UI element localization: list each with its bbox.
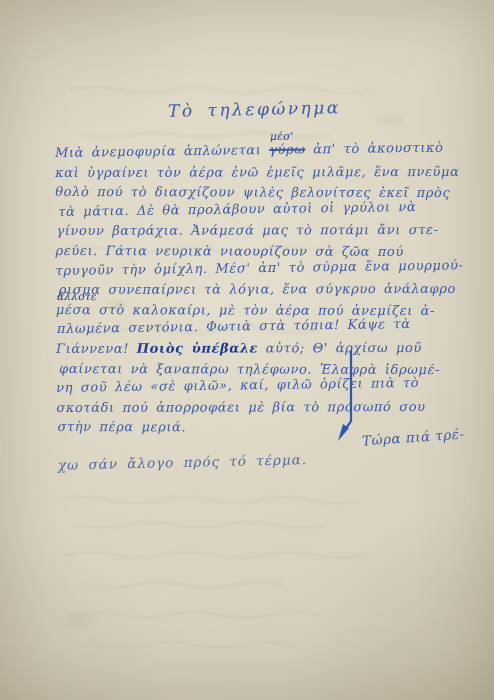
manuscript-text: Μιὰ ἀνεμοφυρία ἁπλώνεται [55,143,269,161]
manuscript-line: Γιάννενα! Ποιὸς ὑπέβαλε αὐτό; Θ' ἀρχίσω … [56,341,464,362]
manuscript-text: μέσα στὸ καλοκαίρι, μὲ τὸν ἀέρα πού ἀνεμ… [56,303,413,319]
manuscript-text: Ποιὸς ὑπέβαλε [137,341,258,356]
manuscript-text: καὶ ὑγραίνει τὸν ἀέρα ἐνῶ ἐμεῖς μιλᾶμε, … [55,165,459,181]
inserted-word: μέσ' [270,131,294,143]
corrected-word: μέσα στὸ καλοκαίρι, μὲ τὸν ἀέρα πού ἀνεμ… [56,303,413,319]
manuscript-text: θολὸ πού τὸ διασχίζουν ψιλὲς βελονίτσες … [55,185,450,201]
manuscript-text: στὴν πέρα μεριά. [57,420,186,435]
manuscript-text: γίνουν βατράχια. Ἀνάμεσά μας τὸ ποτάμι ἄ… [56,223,438,239]
manuscript-page: Τὸ τηλεφώνημα Μιὰ ἀνεμοφυρία ἁπλώνεται γ… [0,0,494,700]
manuscript-text: γύρω [269,143,306,159]
manuscript-line: ρισμα συνεπαίρνει τὰ λόγια, ἕνα σύγκρυο … [56,282,464,303]
manuscript-text: ρισμα συνεπαίρνει τὰ λόγια, ἕνα σύγκρυο … [59,282,456,298]
insertion-arrow-icon [336,349,376,445]
manuscript-body: Μιὰ ἀνεμοφυρία ἁπλώνεται γύρωμέσ' ἀπ' τὸ… [55,144,465,440]
manuscript-text: Γιάννενα! [56,342,137,357]
corrected-word: γύρωμέσ' [269,143,306,159]
manuscript-text: ρεύει. Γάτια νευρικὰ νιαουρίζουν σὰ ζῶα … [56,244,404,260]
page-title: Τὸ τηλεφώνημα [168,98,341,122]
manuscript-line: πλωμένα σεντόνια. Φωτιὰ στὰ τόπια! Κάψε … [56,317,464,342]
inserted-word: ἄλλοτε [57,291,97,303]
manuscript-line: νη σοῦ λέω «σὲ φιλῶ», καί, φιλῶ ὁρίζει π… [56,375,464,400]
manuscript-line: γίνουν βατράχια. Ἀνάμεσά μας τὸ ποτάμι ἄ… [55,223,463,244]
manuscript-text: πλωμένα σεντόνια. Φωτιὰ στὰ τόπια! Κάψε … [57,317,411,337]
manuscript-line: σκοτάδι πού ἀπορροφάει μὲ βία τὸ πρόσωπό… [56,400,464,421]
manuscript-text: ἀπ' τὸ ἀκουστικὸ [305,141,443,158]
manuscript-line: καὶ ὑγραίνει τὸν ἀέρα ἐνῶ ἐμεῖς μιλᾶμε, … [55,165,463,186]
manuscript-text: φαίνεται νὰ ξαναπάρω τηλέφωνο. Ἐλαφρὰ ἱδ… [59,362,440,378]
